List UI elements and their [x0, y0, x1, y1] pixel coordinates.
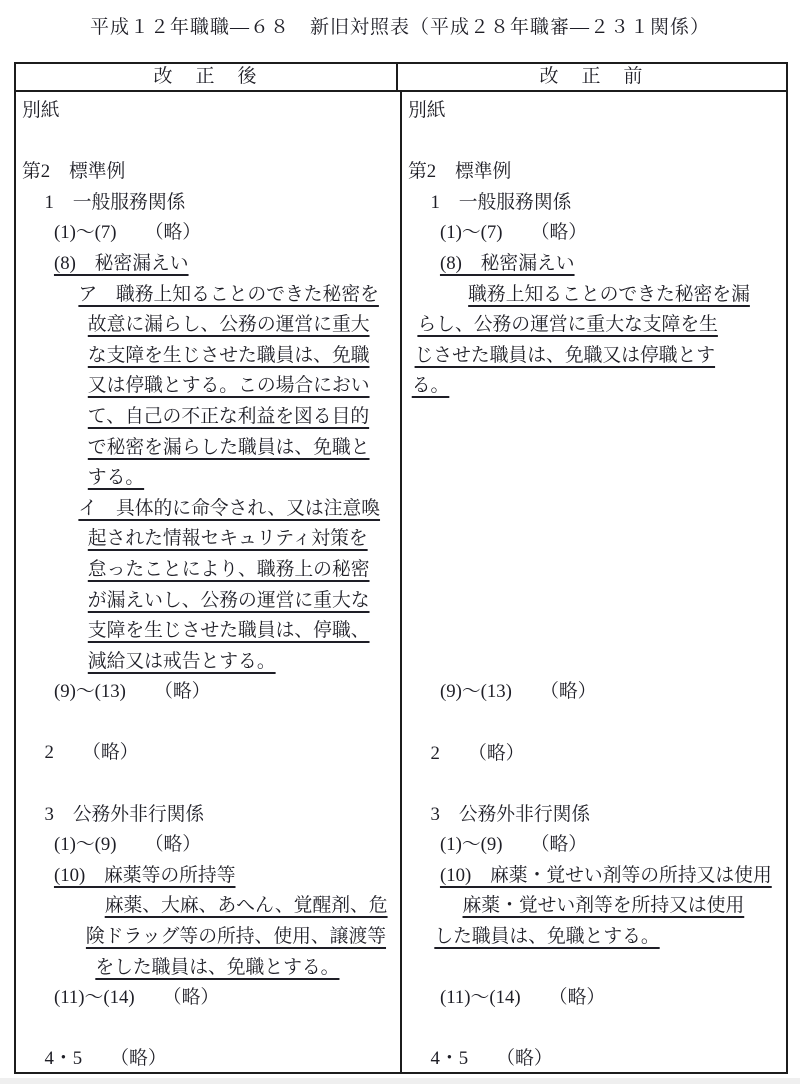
doc-line: 減給又は戒告とする。 — [88, 647, 398, 678]
document-page: { "title": "平成１２年職職―６８ 新旧対照表（平成２８年職審―２３１… — [0, 0, 800, 1084]
doc-line: 第2 標準例 — [22, 157, 398, 188]
doc-line: 3 公務外非行関係 — [45, 800, 398, 831]
doc-line: 2 （略） — [431, 739, 784, 770]
scan-edge — [0, 1078, 800, 1084]
doc-line: 1 一般服務関係 — [431, 188, 784, 219]
doc-line: て、自己の不正な利益を図る目的 — [88, 402, 398, 433]
doc-line: (1)～(7) （略） — [54, 218, 398, 249]
doc-line: 麻薬・覚せい剤等を所持又は使用 — [463, 891, 784, 922]
doc-line: (11)～(14) （略） — [440, 983, 784, 1014]
header-original: 改 正 前 — [398, 64, 786, 90]
doc-line: (10) 麻薬等の所持等 — [54, 861, 398, 892]
document-title: 平成１２年職職―６８ 新旧対照表（平成２８年職審―２３１関係） — [0, 12, 800, 39]
doc-line: らし、公務の運営に重大な支障を生 — [417, 310, 784, 341]
comparison-table: 改 正 後 改 正 前 別紙第2 標準例1 一般服務関係(1)～(7) （略）(… — [14, 62, 788, 1074]
doc-line: をした職員は、免職とする。 — [95, 953, 398, 984]
doc-line: 4・5 （略） — [431, 1044, 784, 1072]
doc-line: (9)～(13) （略） — [440, 677, 784, 708]
doc-line: 第2 標準例 — [408, 157, 784, 188]
doc-line: じさせた職員は、免職又は停職とす — [415, 341, 784, 372]
doc-line: 2 （略） — [45, 738, 398, 769]
doc-line: 1 一般服務関係 — [45, 188, 398, 219]
doc-line: する。 — [88, 463, 398, 494]
doc-line: 険ドラッグ等の所持、使用、譲渡等 — [86, 922, 398, 953]
doc-line: (1)～(7) （略） — [440, 218, 784, 249]
doc-line: 3 公務外非行関係 — [431, 800, 784, 831]
doc-line: 又は停職とする。この場合におい — [88, 371, 398, 402]
doc-line: (1)～(9) （略） — [440, 830, 784, 861]
doc-line: 怠ったことにより、職務上の秘密 — [88, 555, 398, 586]
doc-line: (8) 秘密漏えい — [440, 249, 784, 280]
doc-line: (1)～(9) （略） — [54, 830, 398, 861]
doc-line: (11)～(14) （略） — [54, 983, 398, 1014]
doc-line: (8) 秘密漏えい — [54, 249, 398, 280]
column-original: 別紙第2 標準例1 一般服務関係(1)～(7) （略）(8) 秘密漏えい職務上知… — [402, 92, 786, 1072]
doc-line: (10) 麻薬・覚せい剤等の所持又は使用 — [440, 861, 784, 892]
doc-line: 故意に漏らし、公務の運営に重大 — [88, 310, 398, 341]
table-body-row: 別紙第2 標準例1 一般服務関係(1)～(7) （略）(8) 秘密漏えいア 職務… — [16, 92, 786, 1072]
column-revised: 別紙第2 標準例1 一般服務関係(1)～(7) （略）(8) 秘密漏えいア 職務… — [16, 92, 402, 1072]
doc-line: が漏えいし、公務の運営に重大な — [88, 586, 398, 617]
doc-line: イ 具体的に命令され、又は注意喚 — [78, 494, 398, 525]
doc-line: な支障を生じさせた職員は、免職 — [88, 341, 398, 372]
table-header-row: 改 正 後 改 正 前 — [16, 64, 786, 92]
doc-line: る。 — [412, 371, 784, 402]
doc-line: 起された情報セキュリティ対策を — [88, 524, 398, 555]
doc-line: ア 職務上知ることのできた秘密を — [78, 280, 398, 311]
doc-line: 職務上知ることのできた秘密を漏 — [468, 280, 784, 311]
header-revised: 改 正 後 — [16, 64, 398, 90]
doc-line: 4・5 （略） — [45, 1044, 398, 1072]
doc-line: 別紙 — [408, 96, 784, 127]
doc-line: した職員は、免職とする。 — [434, 922, 784, 953]
doc-line: 別紙 — [22, 96, 398, 127]
doc-line: 麻薬、大麻、あへん、覚醒剤、危 — [105, 891, 398, 922]
doc-line: で秘密を漏らした職員は、免職と — [88, 433, 398, 464]
doc-line: (9)～(13) （略） — [54, 677, 398, 708]
doc-line: 支障を生じさせた職員は、停職、 — [88, 616, 398, 647]
